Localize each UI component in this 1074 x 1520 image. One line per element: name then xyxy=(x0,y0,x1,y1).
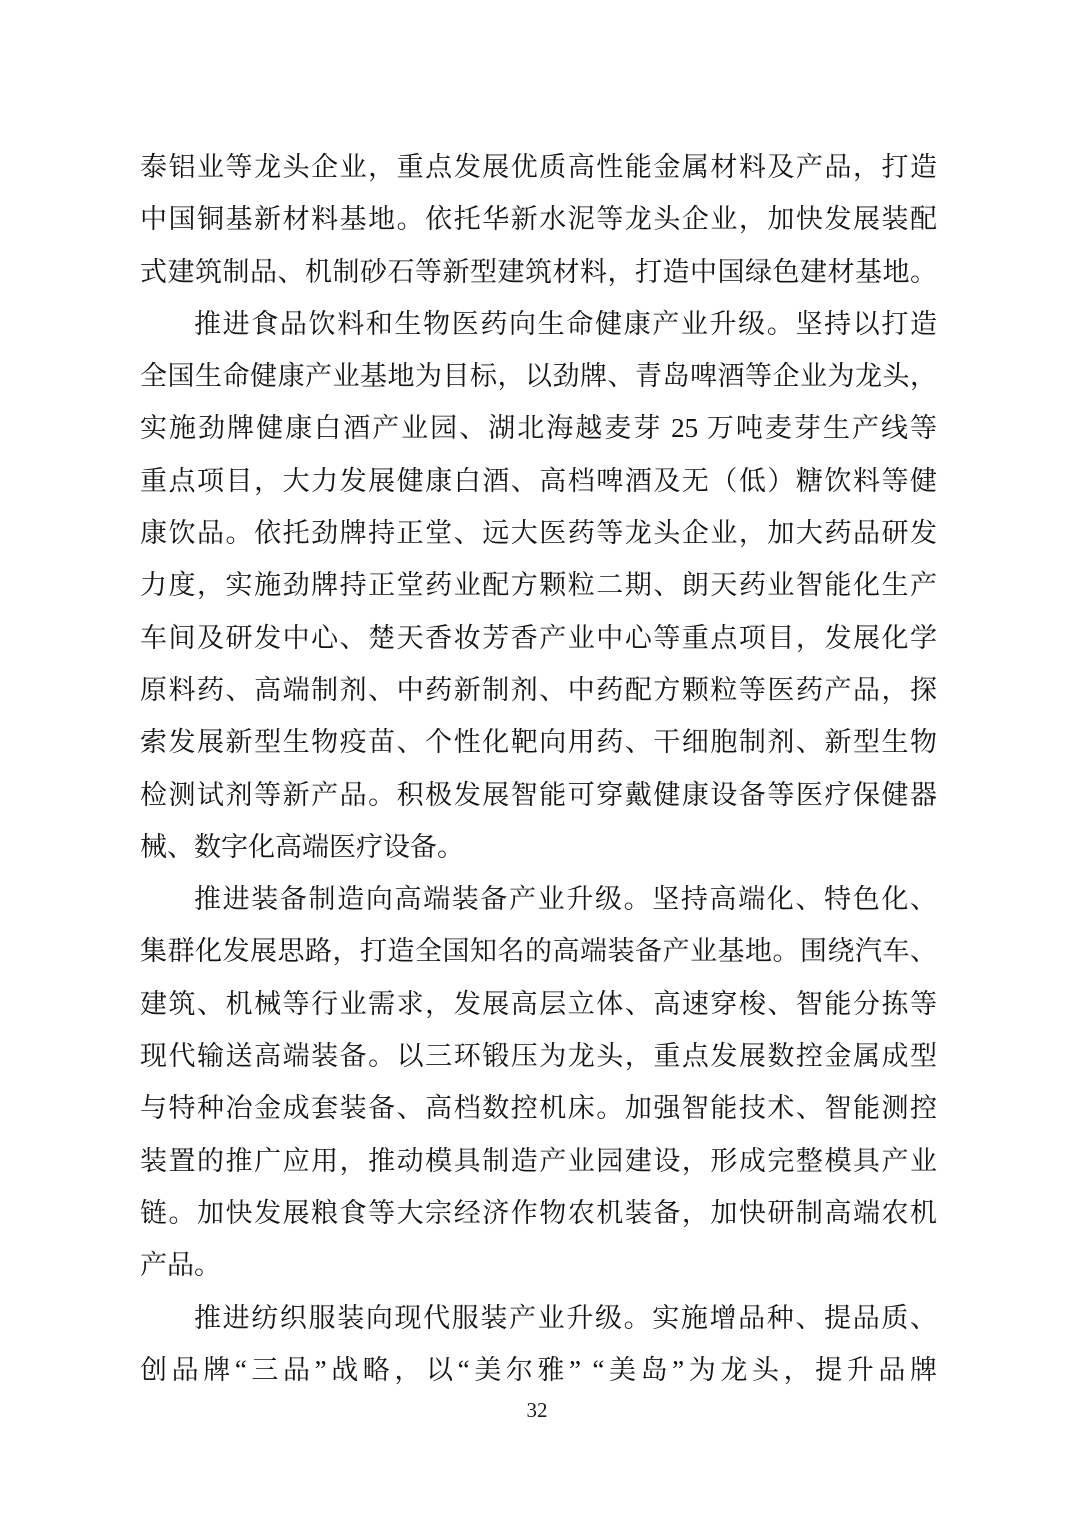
text-line: 力度，实施劲牌持正堂药业配方颗粒二期、朗天药业智能化生产 xyxy=(140,559,937,611)
text-line: 链。加快发展粮食等大宗经济作物农机装备，加快研制高端农机 xyxy=(140,1187,937,1239)
text-line: 产品。 xyxy=(140,1239,937,1291)
text-line: 装置的推广应用，推动模具制造产业园建设，形成完整模具产业 xyxy=(140,1135,937,1187)
text-line: 创品牌“三品”战略，以“美尔雅” “美岛”为龙头，提升品牌 xyxy=(140,1344,937,1396)
page-number: 32 xyxy=(0,1398,1074,1423)
text-line: 全国生命健康产业基地为目标，以劲牌、青岛啤酒等企业为龙头， xyxy=(140,350,937,402)
document-body: 泰铝业等龙头企业，重点发展优质高性能金属材料及产品，打造中国铜基新材料基地。依托… xyxy=(140,141,937,1396)
text-line: 车间及研发中心、楚天香妆芳香产业中心等重点项目，发展化学 xyxy=(140,612,937,664)
text-line: 推进食品饮料和生物医药向生命健康产业升级。坚持以打造 xyxy=(140,298,937,350)
text-line: 械、数字化高端医疗设备。 xyxy=(140,821,937,873)
text-line: 检测试剂等新产品。积极发展智能可穿戴健康设备等医疗保健器 xyxy=(140,769,937,821)
text-line: 中国铜基新材料基地。依托华新水泥等龙头企业，加快发展装配 xyxy=(140,193,937,245)
text-line: 实施劲牌健康白酒产业园、湖北海越麦芽 25 万吨麦芽生产线等 xyxy=(140,402,937,454)
text-line: 式建筑制品、机制砂石等新型建筑材料，打造中国绿色建材基地。 xyxy=(140,246,937,298)
text-line: 重点项目，大力发展健康白酒、高档啤酒及无（低）糖饮料等健 xyxy=(140,455,937,507)
text-line: 推进纺织服装向现代服装产业升级。实施增品种、提品质、 xyxy=(140,1292,937,1344)
document-page: 泰铝业等龙头企业，重点发展优质高性能金属材料及产品，打造中国铜基新材料基地。依托… xyxy=(0,0,1074,1520)
text-line: 康饮品。依托劲牌持正堂、远大医药等龙头企业，加大药品研发 xyxy=(140,507,937,559)
text-line: 建筑、机械等行业需求，发展高层立体、高速穿梭、智能分拣等 xyxy=(140,978,937,1030)
text-line: 集群化发展思路，打造全国知名的高端装备产业基地。围绕汽车、 xyxy=(140,925,937,977)
text-line: 与特种冶金成套装备、高档数控机床。加强智能技术、智能测控 xyxy=(140,1082,937,1134)
text-line: 现代输送高端装备。以三环锻压为龙头，重点发展数控金属成型 xyxy=(140,1030,937,1082)
text-line: 泰铝业等龙头企业，重点发展优质高性能金属材料及产品，打造 xyxy=(140,141,937,193)
text-line: 索发展新型生物疫苗、个性化靶向用药、干细胞制剂、新型生物 xyxy=(140,716,937,768)
text-line: 原料药、高端制剂、中药新制剂、中药配方颗粒等医药产品，探 xyxy=(140,664,937,716)
text-line: 推进装备制造向高端装备产业升级。坚持高端化、特色化、 xyxy=(140,873,937,925)
